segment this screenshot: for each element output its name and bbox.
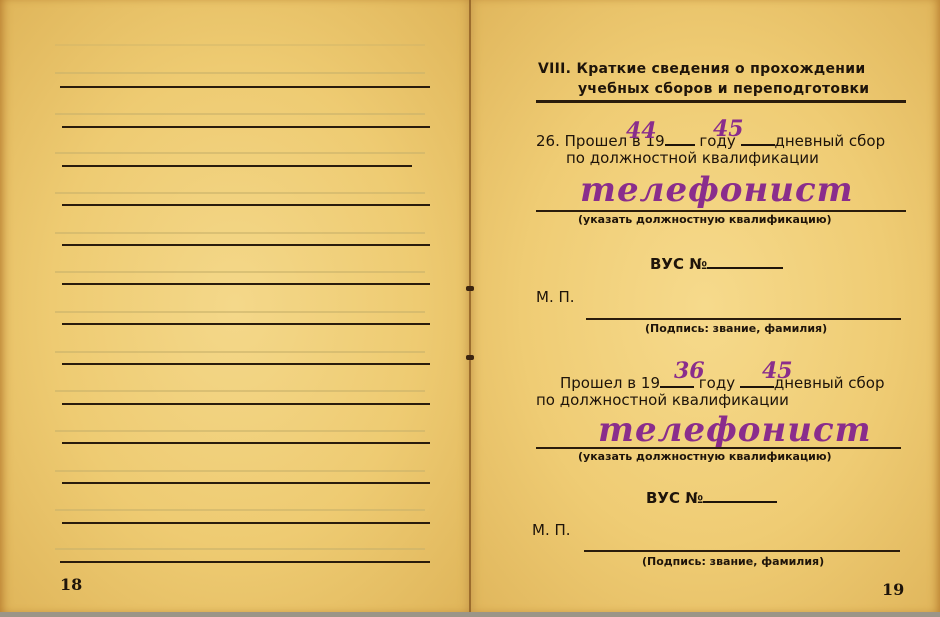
entry1-signature-line <box>586 318 901 320</box>
writing-line <box>60 561 430 563</box>
entry1-vus: ВУС № <box>650 255 783 273</box>
section-title-underline <box>536 100 906 103</box>
left-page: 18 <box>0 0 470 612</box>
bleed-through-line <box>55 232 425 234</box>
entry2-vus: ВУС № <box>646 489 777 507</box>
entry1-signature-caption: (Подпись: звание, фамилия) <box>645 322 827 335</box>
bleed-through-line <box>55 470 425 472</box>
entry2-vus-label: ВУС № <box>646 489 703 507</box>
writing-line <box>62 442 430 444</box>
writing-line <box>62 522 430 524</box>
bleed-through-line <box>55 44 425 46</box>
right-page: VIII. Краткие сведения о прохождении уче… <box>470 0 940 612</box>
entry1-days-blank <box>741 132 775 146</box>
writing-line <box>62 482 430 484</box>
entry1-line1: 26. Прошел в 19 году дневный сбор <box>536 132 885 150</box>
bleed-through-line <box>55 390 425 392</box>
bleed-through-line <box>55 548 425 550</box>
writing-line <box>62 363 430 365</box>
bleed-through-line <box>55 113 425 115</box>
entry2-days-handwritten: 45 <box>762 358 793 384</box>
binding-stitch <box>466 286 474 291</box>
entry2-qualification-handwritten: телефонист <box>598 410 872 450</box>
writing-line <box>62 204 430 206</box>
page-number-right: 19 <box>882 580 904 599</box>
entry1-qualification-handwritten: телефонист <box>580 170 854 210</box>
entry2-prefix: Прошел в 19 <box>560 374 660 392</box>
bottom-edge <box>0 612 940 617</box>
booklet-spread: 18 VIII. Краткие сведения о прохождении … <box>0 0 940 617</box>
bleed-through-line <box>55 192 425 194</box>
entry2-qualification-line <box>536 447 901 449</box>
bleed-through-line <box>55 271 425 273</box>
entry1-year-blank <box>665 132 695 146</box>
writing-line <box>62 165 412 167</box>
book-spine <box>469 0 471 612</box>
writing-line <box>62 283 430 285</box>
bleed-through-line <box>55 351 425 353</box>
bleed-through-line <box>55 430 425 432</box>
entry2-stamp-label: М. П. <box>532 521 571 539</box>
entry1-qualification-line <box>536 210 906 212</box>
entry1-days-handwritten: 45 <box>713 116 744 142</box>
writing-line <box>62 403 430 405</box>
page-number-left: 18 <box>60 575 82 594</box>
writing-line <box>60 86 430 88</box>
entry2-line2: по должностной квалификации <box>536 391 789 409</box>
entry1-line2: по должностной квалификации <box>566 149 819 167</box>
entry1-year-handwritten: 44 <box>626 118 657 144</box>
entry1-stamp-label: М. П. <box>536 288 575 306</box>
section-title-line1: VIII. Краткие сведения о прохождении <box>538 61 865 77</box>
writing-line <box>62 323 430 325</box>
entry2-year-handwritten: 36 <box>674 358 705 384</box>
entry2-signature-caption: (Подпись: звание, фамилия) <box>642 555 824 568</box>
section-title-line2: учебных сборов и переподготовки <box>578 81 869 97</box>
bleed-through-line <box>55 152 425 154</box>
entry2-line1: Прошел в 19 году дневный сбор <box>560 374 884 392</box>
entry2-vus-field <box>703 489 777 503</box>
bleed-through-line <box>55 509 425 511</box>
entry1-vus-label: ВУС № <box>650 255 707 273</box>
binding-stitch <box>466 355 474 360</box>
entry1-vus-field <box>707 255 783 269</box>
writing-line <box>62 244 430 246</box>
entry1-qualification-caption: (указать должностную квалификацию) <box>578 213 832 226</box>
entry2-signature-line <box>584 550 900 552</box>
bleed-through-line <box>55 311 425 313</box>
bleed-through-line <box>55 72 425 74</box>
writing-line <box>62 126 430 128</box>
entry1-number: 26. <box>536 132 560 150</box>
entry1-suffix: дневный сбор <box>775 132 886 150</box>
entry2-qualification-caption: (указать должностную квалификацию) <box>578 450 832 463</box>
